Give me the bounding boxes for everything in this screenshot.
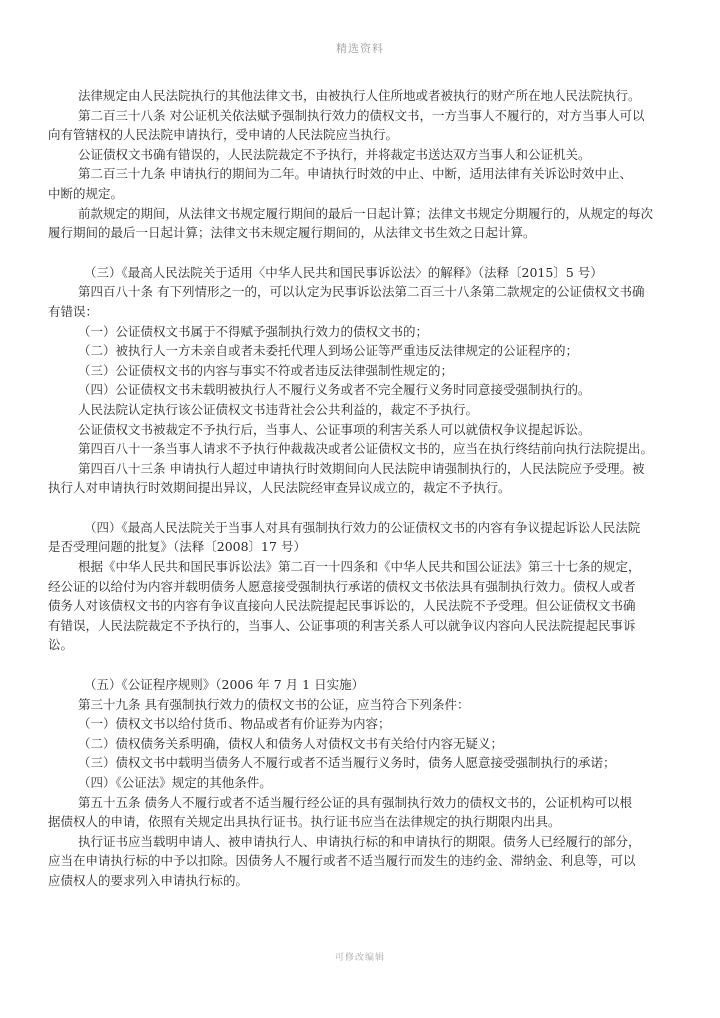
paragraph-line: 前款规定的期间，从法律文书规定履行期间的最后一日起计算；法律文书规定分期履行的，… — [48, 204, 678, 224]
list-item: （四）《公证法》规定的其他条件。 — [48, 773, 678, 793]
paragraph-cont: 应当在申请执行标的中予以扣除。因债务人不履行或者不适当履行而发生的违约金、滞纳金… — [48, 851, 678, 871]
list-item: （三）公证债权文书的内容与事实不符或者违反法律强制性规定的； — [48, 361, 678, 381]
block-civil-procedure-articles: 法律规定由人民法院执行的其他法律文书，由被执行人住所地或者被执行的财产所在地人民… — [48, 86, 678, 243]
paragraph-line: 执行证书应当载明申请人、被申请执行人、申请执行标的和申请执行的期限。债务人已经履… — [48, 832, 678, 852]
section-5: （五）《公证程序规则》（2006 年 7 月 1 日实施） 第三十九条 具有强制… — [48, 675, 678, 891]
list-item: （四）公证债权文书未载明被执行人不履行义务或者不完全履行义务时同意接受强制执行的… — [48, 380, 678, 400]
article-483-line: 第四百八十三条 申请执行人超过申请执行时效期间向人民法院申请强制执行的，人民法院… — [48, 459, 678, 479]
paragraph-line: 法律规定由人民法院执行的其他法律文书，由被执行人住所地或者被执行的财产所在地人民… — [48, 86, 678, 106]
paragraph-line: 根据《中华人民共和国民事诉讼法》第二百一十四条和《中华人民共和国公证法》第三十七… — [48, 557, 678, 577]
paragraph-line: 人民法院认定执行该公证债权文书违背社会公共利益的，裁定不予执行。 — [48, 400, 678, 420]
page-footer: 可修改编辑 — [0, 950, 720, 963]
paragraph-cont: 有错误，人民法院裁定不予执行的，当事人、公证事项的利害关系人可以就争议内容向人民… — [48, 616, 678, 636]
paragraph-cont: 履行期间的最后一日起计算；法律文书未规定履行期间的，从法律文书生效之日起计算。 — [48, 223, 678, 243]
section-heading: （四）《最高人民法院关于当事人对具有强制执行效力的公证债权文书的内容有争议提起诉… — [48, 518, 678, 538]
article-239-line: 第二百三十九条 申请执行的期间为二年。申请执行时效的中止、中断，适用法律有关诉讼… — [48, 164, 678, 184]
article-55-cont: 据债权人的申请，依照有关规定出具执行证书。执行证书应当在法律规定的执行期限内出具… — [48, 812, 678, 832]
list-item: （二）债权债务关系明确，债权人和债务人对债权文书有关给付内容无疑义； — [48, 734, 678, 754]
paragraph-line: 公证债权文书被裁定不予执行后，当事人、公证事项的利害关系人可以就债权争议提起诉讼… — [48, 420, 678, 440]
article-238-cont: 向有管辖权的人民法院申请执行，受申请的人民法院应当执行。 — [48, 125, 678, 145]
section-4: （四）《最高人民法院关于当事人对具有强制执行效力的公证债权文书的内容有争议提起诉… — [48, 518, 678, 655]
list-item: （二）被执行人一方未亲自或者未委托代理人到场公证等严重违反法律规定的公证程序的； — [48, 341, 678, 361]
paragraph-cont: 讼。 — [48, 635, 678, 655]
paragraph-cont: 经公证的以给付为内容并载明债务人愿意接受强制执行承诺的债权文书依法具有强制执行效… — [48, 577, 678, 597]
list-item: （三）债权文书中载明当债务人不履行或者不适当履行义务时，债务人愿意接受强制执行的… — [48, 753, 678, 773]
list-item: （一）债权文书以给付货币、物品或者有价证券为内容； — [48, 714, 678, 734]
article-39-line: 第三十九条 具有强制执行效力的债权文书的公证，应当符合下列条件： — [48, 695, 678, 715]
article-55-line: 第五十五条 债务人不履行或者不适当履行经公证的具有强制执行效力的债权文书的，公证… — [48, 793, 678, 813]
paragraph-cont: 应债权人的要求列入申请执行标的。 — [48, 871, 678, 891]
document-body: 法律规定由人民法院执行的其他法律文书，由被执行人住所地或者被执行的财产所在地人民… — [48, 86, 678, 891]
article-481-line: 第四百八十一条当事人请求不予执行仲裁裁决或者公证债权文书的，应当在执行终结前向执… — [48, 439, 678, 459]
section-heading-cont: 是否受理问题的批复》（法释〔2008〕17 号） — [48, 537, 678, 557]
section-3: （三）《最高人民法院关于适用〈中华人民共和国民事诉讼法〉的解释》（法释〔2015… — [48, 263, 678, 498]
article-480-cont: 有错误： — [48, 302, 678, 322]
section-heading: （三）《最高人民法院关于适用〈中华人民共和国民事诉讼法〉的解释》（法释〔2015… — [48, 263, 678, 283]
article-480-line: 第四百八十条 有下列情形之一的，可以认定为民事诉讼法第二百三十八条第二款规定的公… — [48, 282, 678, 302]
paragraph-cont: 债务人对该债权文书的内容有争议直接向人民法院提起民事诉讼的，人民法院不予受理。但… — [48, 596, 678, 616]
article-483-cont: 执行人对申请执行时效期间提出异议，人民法院经审查异议成立的，裁定不予执行。 — [48, 478, 678, 498]
list-item: （一）公证债权文书属于不得赋予强制执行效力的债权文书的； — [48, 322, 678, 342]
article-239-cont: 中断的规定。 — [48, 184, 678, 204]
page-header: 精选资料 — [0, 40, 720, 56]
paragraph-line: 公证债权文书确有错误的，人民法院裁定不予执行，并将裁定书送达双方当事人和公证机关… — [48, 145, 678, 165]
section-heading: （五）《公证程序规则》（2006 年 7 月 1 日实施） — [48, 675, 678, 695]
article-238-line: 第二百三十八条 对公证机关依法赋予强制执行效力的债权文书，一方当事人不履行的，对… — [48, 106, 678, 126]
